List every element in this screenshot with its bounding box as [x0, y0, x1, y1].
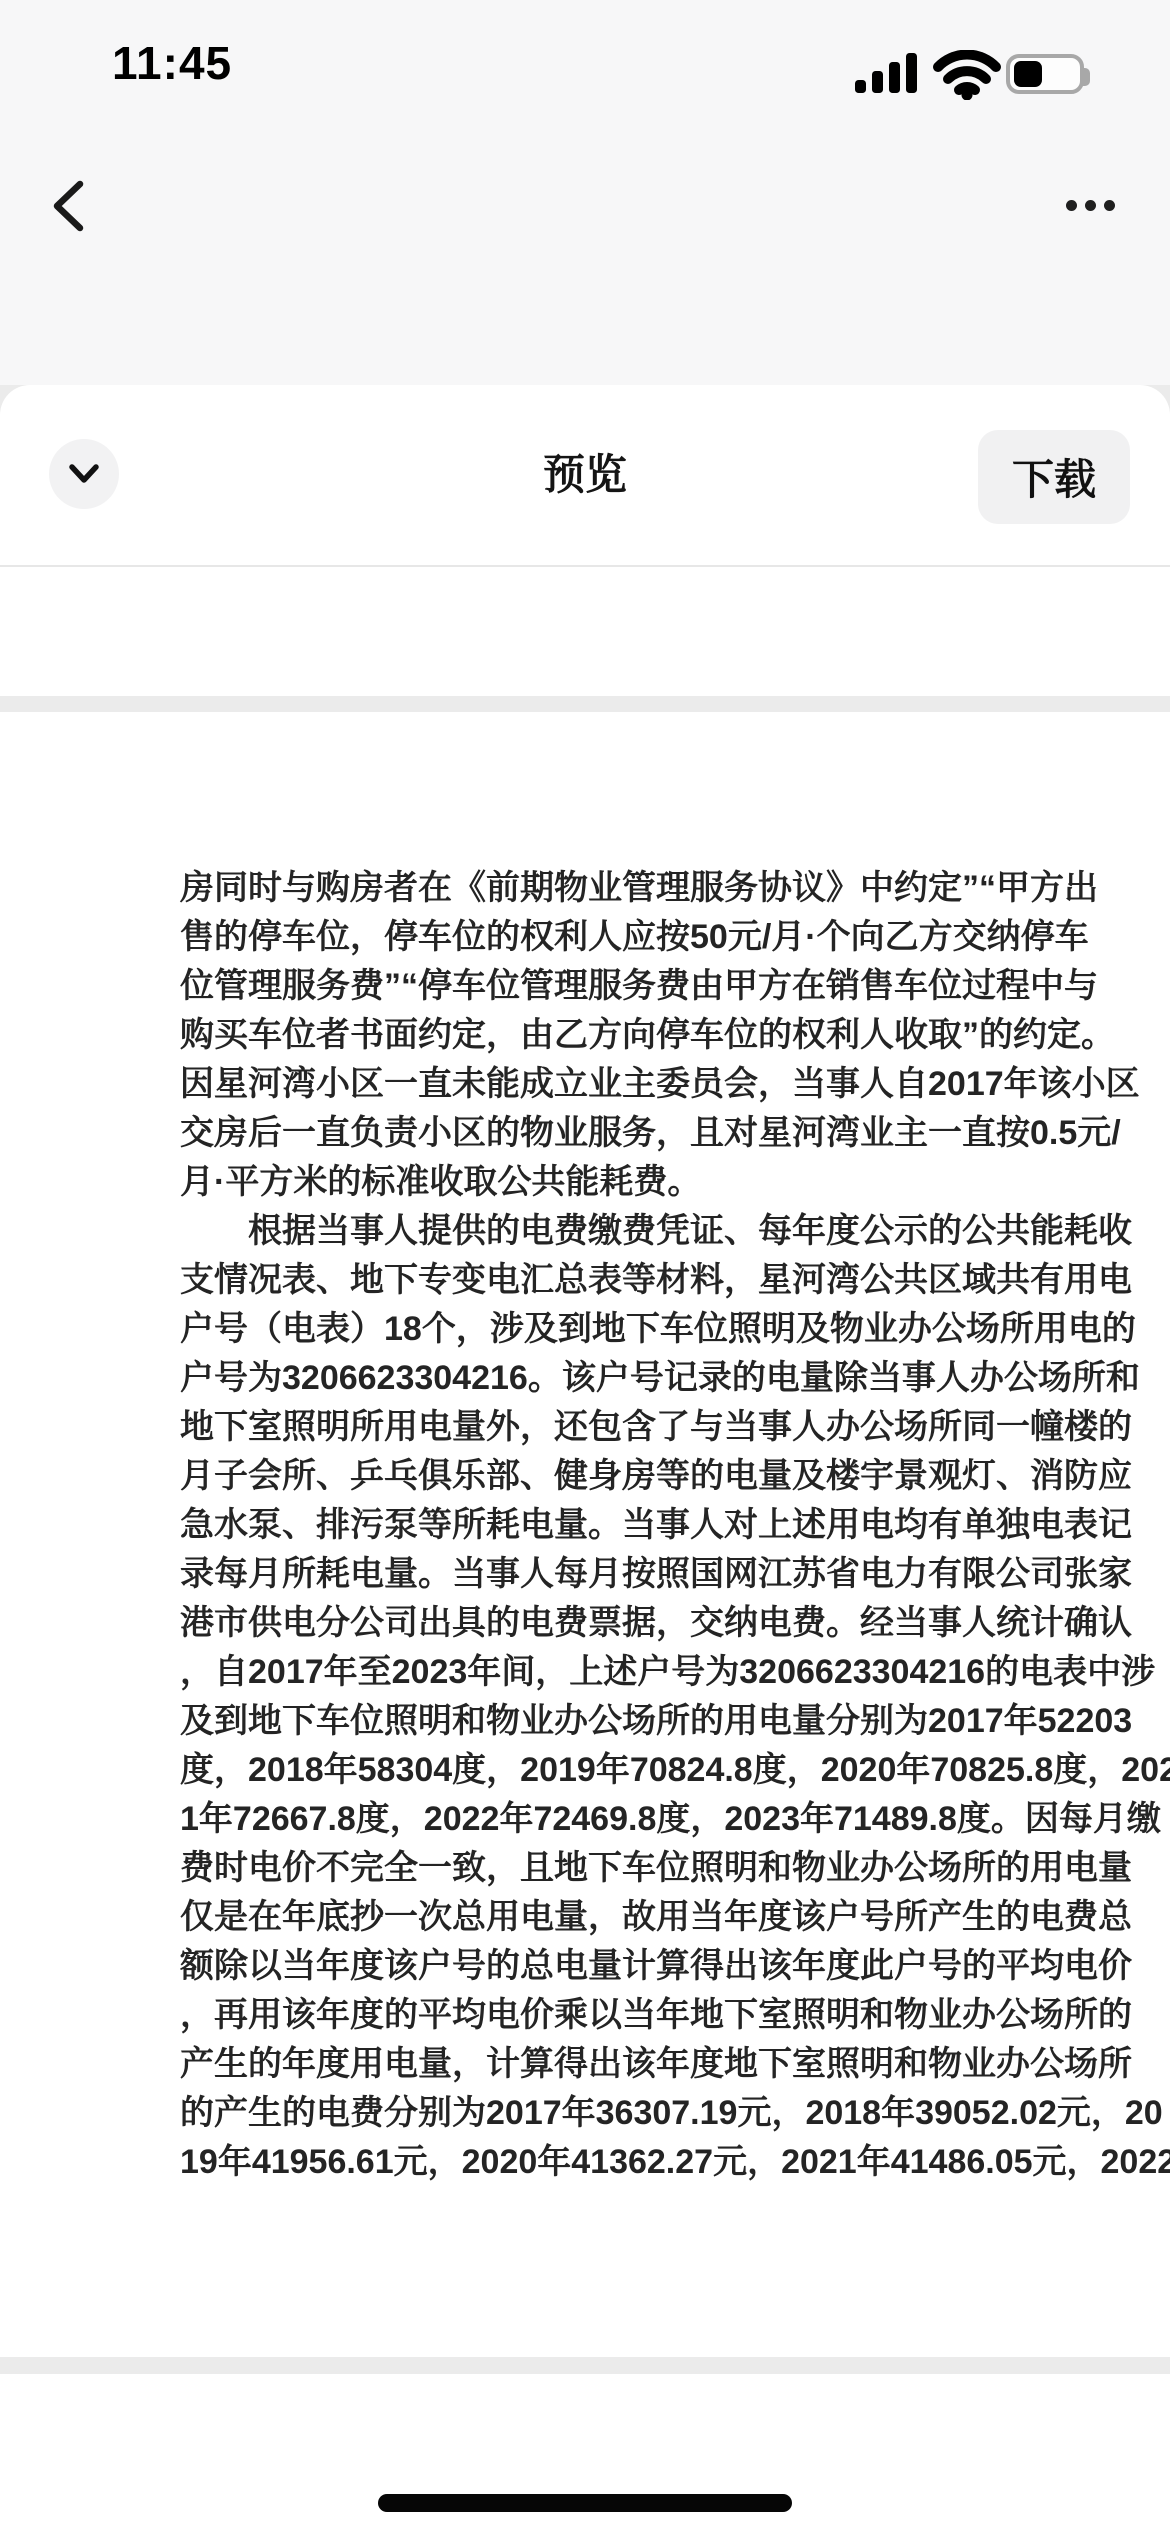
doc-line: 的产生的电费分别为2017年36307.19元，2018年39052.02元，2… — [180, 2089, 1053, 2138]
doc-line: ，自2017年至2023年间，上述户号为3206623304216的电表中涉 — [180, 1648, 1053, 1697]
doc-line: 19年41956.61元，2020年41362.27元，2021年41486.0… — [180, 2138, 1053, 2187]
status-time: 11:45 — [112, 36, 232, 90]
doc-line: 录每月所耗电量。当事人每月按照国网江苏省电力有限公司张家 — [180, 1550, 1053, 1599]
pdf-page-previous-bottom — [0, 567, 1170, 696]
pdf-page-current: 房同时与购房者在《前期物业管理服务协议》中约定”“甲方出售的停车位，停车位的权利… — [0, 712, 1170, 2357]
doc-line: 产生的年度用电量，计算得出该年度地下室照明和物业办公场所 — [180, 2040, 1053, 2089]
doc-line: 月子会所、乒乓俱乐部、健身房等的电量及楼宇景观灯、消防应 — [180, 1452, 1053, 1501]
doc-line: 及到地下车位照明和物业办公场所的用电量分别为2017年52203 — [180, 1697, 1053, 1746]
screen: 11:45 预览 下载 — [0, 0, 1170, 2532]
wifi-icon — [933, 50, 1001, 100]
preview-header: 预览 下载 — [0, 385, 1170, 567]
doc-line: ，再用该年度的平均电价乘以当年地下室照明和物业办公场所的 — [180, 1991, 1053, 2040]
doc-line: 1年72667.8度，2022年72469.8度，2023年71489.8度。因… — [180, 1795, 1053, 1844]
doc-line: 根据当事人提供的电费缴费凭证、每年度公示的公共能耗收 — [180, 1207, 1053, 1256]
doc-line: 位管理服务费”“停车位管理服务费由甲方在销售车位过程中与 — [180, 962, 1053, 1011]
doc-text: 房同时与购房者在《前期物业管理服务协议》中约定”“甲方出售的停车位，停车位的权利… — [180, 864, 1053, 2187]
battery-icon — [1006, 54, 1084, 94]
doc-line: 支情况表、地下专变电汇总表等材料，星河湾公共区域共有用电 — [180, 1256, 1053, 1305]
doc-line: 交房后一直负责小区的物业服务，且对星河湾业主一直按0.5元/ — [180, 1109, 1053, 1158]
doc-line: 购买车位者书面约定，由乙方向停车位的权利人收取”的约定。 — [180, 1011, 1053, 1060]
doc-line: 仅是在年底抄一次总用电量，故用当年度该户号所产生的电费总 — [180, 1893, 1053, 1942]
doc-line: 售的停车位，停车位的权利人应按50元/月·个向乙方交纳停车 — [180, 913, 1053, 962]
back-icon[interactable] — [50, 180, 86, 232]
doc-line: 房同时与购房者在《前期物业管理服务协议》中约定”“甲方出 — [180, 864, 1053, 913]
doc-line: 户号（电表）18个，涉及到地下车位照明及物业办公场所用电的 — [180, 1305, 1053, 1354]
top-region: 11:45 — [0, 0, 1170, 385]
doc-line: 费时电价不完全一致，且地下车位照明和物业办公场所的用电量 — [180, 1844, 1053, 1893]
document-scroll-area[interactable]: 房同时与购房者在《前期物业管理服务协议》中约定”“甲方出售的停车位，停车位的权利… — [0, 567, 1170, 2532]
battery-fill — [1014, 61, 1042, 87]
doc-line: 度，2018年58304度，2019年70824.8度，2020年70825.8… — [180, 1746, 1053, 1795]
doc-line: 户号为3206623304216。该户号记录的电量除当事人办公场所和 — [180, 1354, 1053, 1403]
doc-line: 月·平方米的标准收取公共能耗费。 — [180, 1158, 1053, 1207]
doc-line: 急水泵、排污泵等所耗电量。当事人对上述用电均有单独电表记 — [180, 1501, 1053, 1550]
download-button[interactable]: 下载 — [978, 430, 1130, 524]
more-icon[interactable] — [1066, 200, 1115, 211]
doc-line: 因星河湾小区一直未能成立业主委员会，当事人自2017年该小区 — [180, 1060, 1053, 1109]
doc-line: 港市供电分公司出具的电费票据，交纳电费。经当事人统计确认 — [180, 1599, 1053, 1648]
doc-line: 地下室照明所用电量外，还包含了与当事人办公场所同一幢楼的 — [180, 1403, 1053, 1452]
battery-nub — [1083, 68, 1090, 86]
doc-line: 额除以当年度该户号的总电量计算得出该年度此户号的平均电价 — [180, 1942, 1053, 1991]
cellular-signal-icon — [855, 53, 921, 93]
home-indicator[interactable] — [378, 2494, 792, 2512]
